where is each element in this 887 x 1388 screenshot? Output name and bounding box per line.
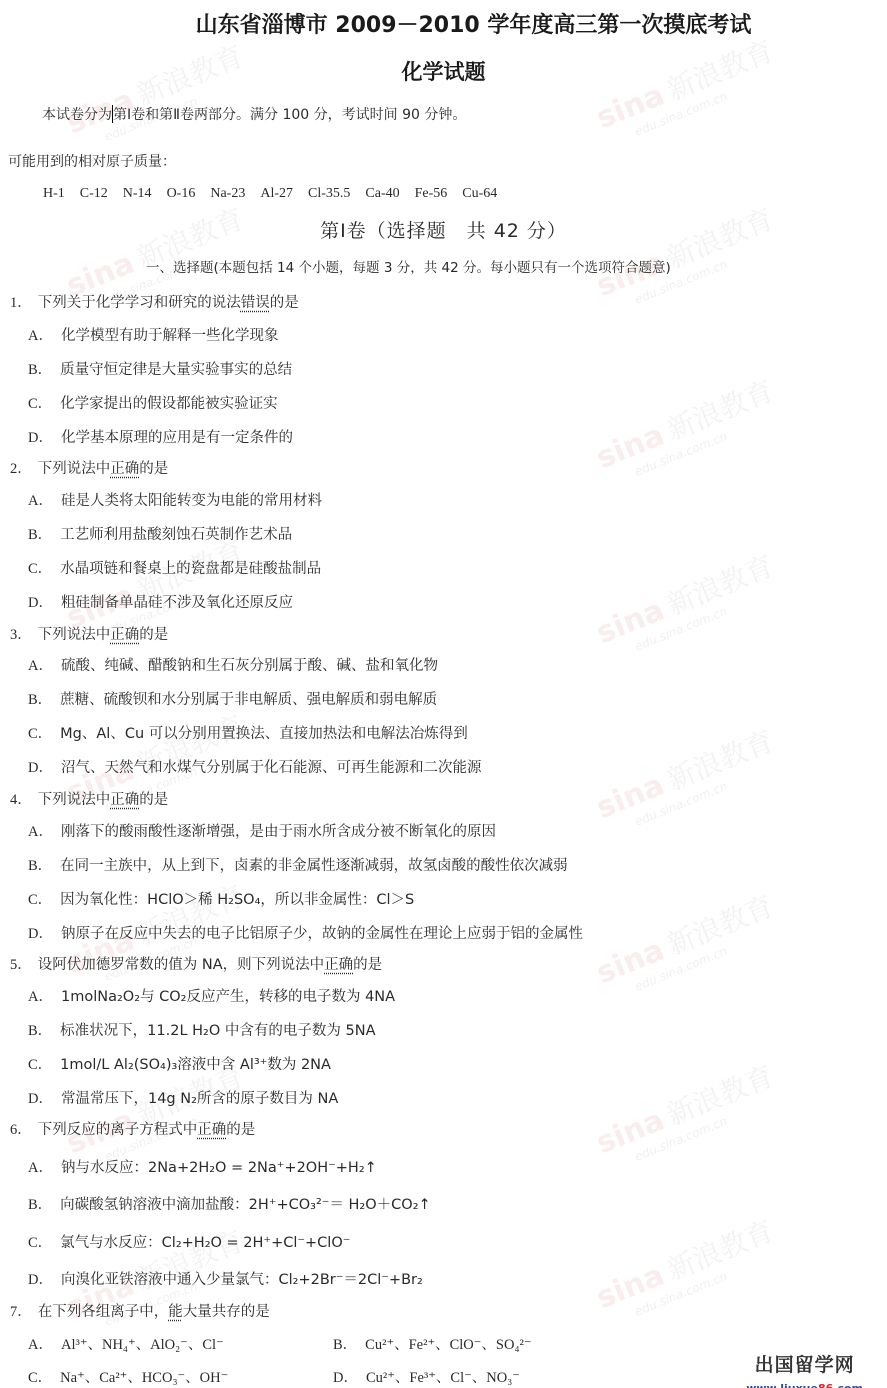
option-b: B．Cu²⁺、Fe²⁺、ClO⁻、SO₄²⁻ — [333, 1333, 532, 1354]
question-stem: 1．下列关于化学学习和研究的说法错误的是 — [10, 291, 299, 312]
option-a: A．硅是人类将太阳能转变为电能的常用材料 — [28, 489, 322, 510]
option-b: B．工艺师利用盐酸刻蚀石英制作艺术品 — [28, 523, 292, 544]
watermark: sina新浪教育edu.sina.com.cn — [590, 720, 784, 840]
watermark: sina新浪教育edu.sina.com.cn — [590, 370, 784, 490]
option-c: C．Na⁺、Ca²⁺、HCO₃⁻、OH⁻ — [28, 1366, 228, 1387]
option-c: C．氯气与水反应：Cl₂+H₂O = 2H⁺+Cl⁻+ClO⁻ — [28, 1231, 350, 1252]
atomic-mass-list: H-1C-12N-14O-16Na-23Al-27Cl-35.5Ca-40Fe-… — [43, 186, 512, 202]
option-d: D．化学基本原理的应用是有一定条件的 — [28, 426, 293, 447]
watermark: sina新浪教育edu.sina.com.cn — [590, 30, 784, 150]
option-c: C．因为氧化性：HClO＞稀 H₂SO₄，所以非金属性：Cl＞S — [28, 888, 414, 909]
watermark: sina新浪教育edu.sina.com.cn — [590, 885, 784, 1005]
option-c: C．水晶项链和餐桌上的瓷盘都是硅酸盐制品 — [28, 557, 321, 578]
option-d: D．Cu²⁺、Fe³⁺、Cl⁻、NO₃⁻ — [333, 1366, 520, 1387]
site-url[interactable]: www.liuxue86.com — [746, 1382, 863, 1388]
option-a: A．钠与水反应：2Na+2H₂O = 2Na⁺+2OH⁻+H₂↑ — [28, 1156, 377, 1177]
exam-title: 山东省淄博市 2009－2010 学年度高三第一次摸底考试 — [30, 8, 887, 39]
option-b: B．在同一主族中，从上到下，卤素的非金属性逐渐减弱，故氢卤酸的酸性依次减弱 — [28, 854, 568, 875]
site-logo: 出国留学网 www.liuxue86.com — [746, 1350, 863, 1388]
exam-intro: 本试卷分为第Ⅰ卷和第Ⅱ卷两部分。满分 100 分，考试时间 90 分钟。 — [42, 104, 466, 124]
option-a: A．刚落下的酸雨酸性逐渐增强，是由于雨水所含成分被不断氧化的原因 — [28, 820, 496, 841]
option-a: A．Al³⁺、NH₄⁺、AlO₂⁻、Cl⁻ — [28, 1333, 224, 1354]
question-stem: 2．下列说法中正确的是 — [10, 457, 168, 478]
option-b: B．标准状况下，11.2L H₂O 中含有的电子数为 5NA — [28, 1019, 375, 1040]
option-a: A．1molNa₂O₂与 CO₂反应产生，转移的电子数为 4NA — [28, 985, 395, 1006]
option-d: D．常温常压下，14g N₂所含的原子数目为 NA — [28, 1087, 338, 1108]
option-b: B．质量守恒定律是大量实验事实的总结 — [28, 358, 292, 379]
question-stem: 4．下列说法中正确的是 — [10, 788, 168, 809]
option-c: C．Mg、Al、Cu 可以分别用置换法、直接加热法和电解法冶炼得到 — [28, 722, 468, 743]
option-d: D．粗硅制备单晶硅不涉及氧化还原反应 — [28, 591, 293, 612]
section-title: 第Ⅰ卷（选择题 共 42 分） — [0, 216, 887, 243]
option-a: A．化学模型有助于解释一些化学现象 — [28, 324, 278, 345]
option-d: D．沼气、天然气和水煤气分别属于化石能源、可再生能源和二次能源 — [28, 756, 481, 777]
option-b: B．蔗糖、硫酸钡和水分别属于非电解质、强电解质和弱电解质 — [28, 688, 437, 709]
watermark: sina新浪教育edu.sina.com.cn — [60, 35, 254, 155]
option-c: C．1mol/L Al₂(SO₄)₃溶液中含 Al³⁺数为 2NA — [28, 1053, 331, 1074]
option-a: A．硫酸、纯碱、醋酸钠和生石灰分别属于酸、碱、盐和氧化物 — [28, 654, 438, 675]
option-b: B．向碳酸氢钠溶液中滴加盐酸：2H⁺+CO₃²⁻＝ H₂O＋CO₂↑ — [28, 1193, 431, 1214]
section-instructions: 一、选择题(本题包括 14 个小题，每题 3 分，共 42 分。每小题只有一个选… — [146, 256, 671, 276]
question-stem: 7．在下列各组离子中，能大量共存的是 — [10, 1300, 270, 1321]
question-stem: 5．设阿伏加德罗常数的值为 NA，则下列说法中正确的是 — [10, 953, 382, 974]
option-d: D．向溴化亚铁溶液中通入少量氯气：Cl₂+2Br⁻＝2Cl⁻+Br₂ — [28, 1268, 423, 1289]
option-c: C．化学家提出的假设都能被实验证实 — [28, 392, 278, 413]
question-stem: 6．下列反应的离子方程式中正确的是 — [10, 1118, 255, 1139]
exam-subtitle: 化学试题 — [0, 56, 887, 86]
atomic-mass-label: 可能用到的相对原子质量： — [8, 151, 176, 171]
question-stem: 3．下列说法中正确的是 — [10, 623, 168, 644]
watermark: sina新浪教育edu.sina.com.cn — [590, 1055, 784, 1175]
option-d: D．钠原子在反应中失去的电子比铝原子少，故钠的金属性在理论上应弱于铝的金属性 — [28, 922, 583, 943]
watermark: sina新浪教育edu.sina.com.cn — [590, 545, 784, 665]
watermark: sina新浪教育edu.sina.com.cn — [590, 1210, 784, 1330]
